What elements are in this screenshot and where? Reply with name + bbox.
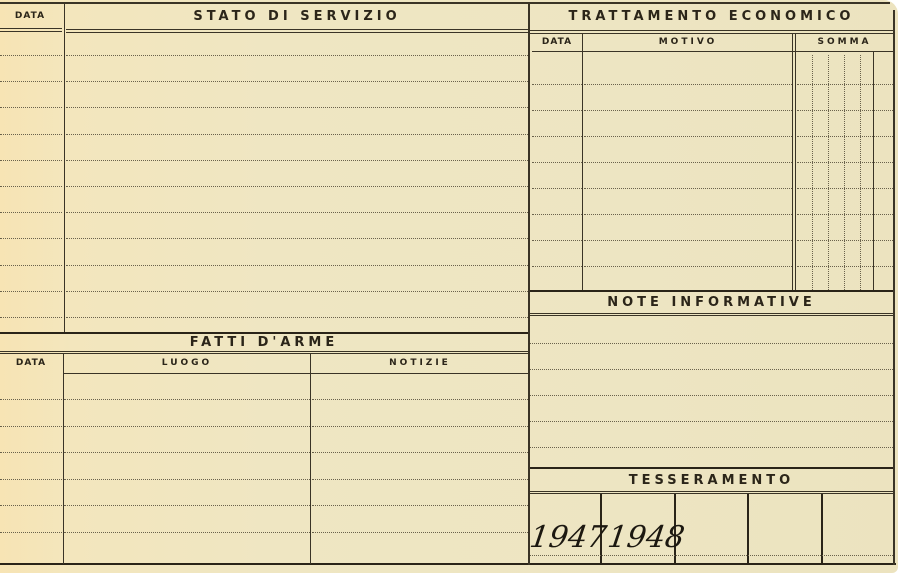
dotted-rule	[584, 136, 792, 137]
trattamento-motivo-header: MOTIVO	[584, 37, 792, 47]
note-header-rule-2	[530, 315, 893, 316]
dotted-rule	[530, 369, 893, 370]
tess-divider-3	[747, 494, 749, 564]
dotted-rule	[64, 505, 310, 506]
dotted-rule	[532, 110, 582, 111]
dotted-rule	[0, 107, 62, 108]
trattamento-data-header: DATA	[532, 37, 582, 47]
stato-di-servizio-title: STATO DI SERVIZIO	[66, 9, 528, 24]
dotted-rule	[66, 212, 528, 213]
trattamento-col-rule	[532, 51, 893, 52]
personnel-record-card: DATA STATO DI SERVIZIO FATTI D'ARME DATA…	[0, 0, 898, 573]
dotted-rule	[0, 399, 62, 400]
dotted-rule	[66, 265, 528, 266]
dotted-rule	[0, 532, 62, 533]
fatti-top-rule	[0, 332, 528, 334]
dotted-rule	[530, 395, 893, 396]
dotted-rule	[64, 452, 310, 453]
dotted-rule	[0, 505, 62, 506]
trattamento-header-rule-2	[530, 33, 893, 34]
dotted-rule	[530, 343, 893, 344]
dotted-rule	[312, 426, 528, 427]
dotted-rule	[66, 81, 528, 82]
fatti-luogo-divider	[310, 354, 311, 564]
dotted-rule	[66, 107, 528, 108]
dotted-rule	[64, 399, 310, 400]
tess-divider-4	[821, 494, 823, 564]
dotted-rule	[530, 447, 893, 448]
stato-header-rule-left	[0, 28, 62, 29]
dotted-rule	[532, 162, 582, 163]
dotted-rule	[584, 214, 792, 215]
fatti-header-rule	[0, 351, 528, 352]
fatti-header-rule-2	[0, 353, 528, 354]
dotted-rule	[66, 317, 528, 318]
somma-dotted-column	[812, 55, 813, 290]
trattamento-somma-divider	[792, 34, 793, 290]
dotted-rule	[532, 136, 582, 137]
dotted-rule	[0, 134, 62, 135]
dotted-rule	[66, 160, 528, 161]
dotted-rule	[0, 186, 62, 187]
tesseramento-title: TESSERAMENTO	[530, 473, 893, 488]
fatti-notizie-header: NOTIZIE	[312, 358, 528, 368]
stato-header-rule-2	[66, 32, 528, 33]
trattamento-header-rule	[530, 30, 893, 31]
dotted-rule	[64, 479, 310, 480]
fatti-col-rule	[64, 373, 528, 374]
dotted-rule	[312, 505, 528, 506]
dotted-rule	[0, 81, 62, 82]
dotted-rule	[312, 479, 528, 480]
dotted-rule	[0, 265, 62, 266]
dotted-rule	[312, 452, 528, 453]
dotted-rule	[532, 266, 582, 267]
bottom-border	[0, 563, 896, 565]
dotted-rule	[0, 238, 62, 239]
somma-dotted-column	[828, 55, 829, 290]
stato-date-divider	[64, 4, 65, 333]
dotted-rule	[0, 55, 62, 56]
dotted-rule	[584, 110, 792, 111]
tesseramento-header-rule-2	[530, 493, 893, 494]
tess-year-1947: 1947	[528, 520, 609, 555]
dotted-rule	[64, 532, 310, 533]
dotted-rule	[584, 84, 792, 85]
trattamento-economico-title: TRATTAMENTO ECONOMICO	[530, 9, 893, 24]
dotted-rule	[0, 291, 62, 292]
dotted-rule	[532, 214, 582, 215]
dotted-rule	[532, 84, 582, 85]
dotted-rule	[0, 212, 62, 213]
somma-dotted-column	[860, 55, 861, 290]
tess-baseline	[530, 555, 893, 556]
dotted-rule	[532, 188, 582, 189]
dotted-rule	[584, 266, 792, 267]
somma-dotted-column	[844, 55, 845, 290]
tess-year-1948: 1948	[606, 520, 687, 555]
dotted-rule	[66, 238, 528, 239]
trattamento-somma-header: SOMMA	[796, 37, 893, 47]
trattamento-data-divider	[582, 34, 583, 290]
dotted-rule	[530, 421, 893, 422]
note-top-rule	[530, 290, 893, 292]
somma-cents-divider	[873, 52, 874, 290]
dotted-rule	[66, 291, 528, 292]
dotted-rule	[0, 452, 62, 453]
dotted-rule	[64, 426, 310, 427]
dotted-rule	[584, 188, 792, 189]
dotted-rule	[584, 240, 792, 241]
trattamento-somma-divider-2	[795, 34, 796, 290]
note-informative-title: NOTE INFORMATIVE	[530, 295, 893, 310]
stato-header-rule-left-2	[0, 31, 62, 32]
dotted-rule	[312, 532, 528, 533]
fatti-data-divider	[63, 354, 64, 564]
right-border	[893, 10, 895, 565]
dotted-rule	[0, 317, 62, 318]
dotted-rule	[0, 426, 62, 427]
stato-data-header: DATA	[0, 11, 60, 21]
dotted-rule	[0, 160, 62, 161]
dotted-rule	[532, 240, 582, 241]
fatti-d-arme-title: FATTI D'ARME	[0, 335, 528, 350]
dotted-rule	[584, 162, 792, 163]
dotted-rule	[66, 186, 528, 187]
fatti-data-header: DATA	[0, 358, 62, 368]
fatti-luogo-header: LUOGO	[64, 358, 310, 368]
note-header-rule	[530, 313, 893, 314]
tesseramento-header-rule	[530, 491, 893, 492]
dotted-rule	[66, 55, 528, 56]
stato-header-rule	[66, 29, 528, 30]
tesseramento-top-rule	[530, 467, 893, 469]
dotted-rule	[312, 399, 528, 400]
dotted-rule	[66, 134, 528, 135]
dotted-rule	[0, 479, 62, 480]
top-border	[0, 2, 890, 4]
